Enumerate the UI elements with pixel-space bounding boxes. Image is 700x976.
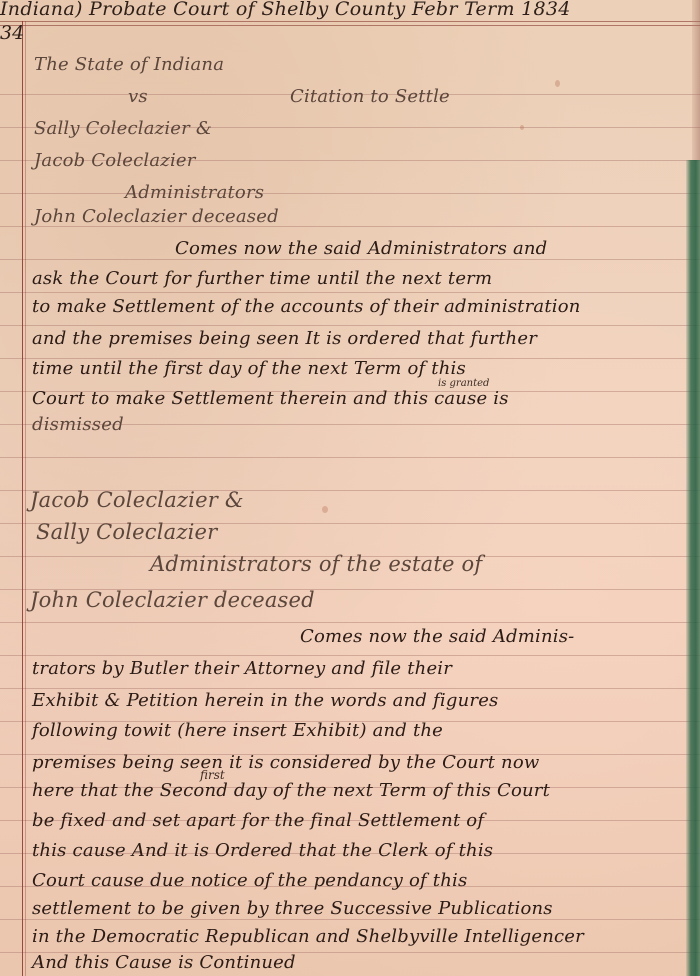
- entry1-body-line-7: dismissed: [32, 414, 124, 435]
- entry2-body-line-10: settlement to be given by three Successi…: [32, 898, 553, 919]
- entry2-body-line-3: Exhibit & Petition herein in the words a…: [32, 690, 498, 711]
- entry1-body-line-2: ask the Court for further time until the…: [32, 268, 492, 289]
- entry1-body-line-5: time until the first day of the next Ter…: [32, 358, 466, 379]
- entry2-body-line-4: following towit (here insert Exhibit) an…: [32, 720, 443, 741]
- left-margin-rule: [22, 21, 23, 976]
- ruled-lines: [0, 62, 700, 976]
- ledger-page: Indiana) Probate Court of Shelby County …: [0, 0, 700, 976]
- entry2-body-line-1: Comes now the said Adminis-: [300, 626, 574, 647]
- entry2-body-line-6: here that the Second day of the next Ter…: [32, 780, 550, 801]
- paper-stain: [520, 125, 524, 130]
- entry1-body-line-4: and the premises being seen It is ordere…: [32, 328, 537, 349]
- entry2-body-line-7: be fixed and set apart for the final Set…: [32, 810, 484, 831]
- entry1-body-line-3: to make Settlement of the accounts of th…: [32, 296, 581, 317]
- entry1-versus: vs: [128, 86, 148, 107]
- entry2-decedent: John Coleclazier deceased: [30, 588, 315, 612]
- ledger-header: Indiana) Probate Court of Shelby County …: [0, 0, 571, 20]
- entry2-role: Administrators of the estate of: [150, 552, 482, 576]
- page-edge-shadow: [692, 0, 700, 160]
- entry1-decedent: John Coleclazier deceased: [34, 206, 279, 227]
- left-margin-rule-shadow: [25, 21, 26, 976]
- paper-stain: [322, 506, 328, 513]
- entry2-body-line-12: And this Cause is Continued: [32, 952, 296, 973]
- entry2-body-line-8: this cause And it is Ordered that the Cl…: [32, 840, 493, 861]
- entry1-body-line-1: Comes now the said Administrators and: [175, 238, 547, 259]
- entry2-body-line-5: premises being seen it is considered by …: [32, 752, 540, 773]
- entry1-defendant-2: Jacob Coleclazier: [34, 150, 196, 171]
- entry1-defendant-1: Sally Coleclazier &: [34, 118, 212, 139]
- entry1-title: Citation to Settle: [290, 86, 450, 107]
- paper-stain: [555, 80, 560, 87]
- header-rule-double: [0, 25, 700, 26]
- header-rule: [0, 21, 700, 22]
- entry1-plaintiff: The State of Indiana: [34, 54, 224, 75]
- entry1-body-line-6: Court to make Settlement therein and thi…: [32, 388, 509, 409]
- green-binding-edge: [686, 160, 700, 976]
- entry2-body-line-2: trators by Butler their Attorney and fil…: [32, 658, 452, 679]
- entry2-petitioner-1: Jacob Coleclazier &: [30, 488, 244, 512]
- entry2-petitioner-2: Sally Coleclazier: [36, 520, 217, 544]
- page-number: 34: [0, 22, 24, 44]
- entry2-body-line-11: in the Democratic Republican and Shelbyv…: [32, 926, 584, 947]
- entry1-role: Administrators: [125, 182, 264, 203]
- entry2-body-line-9: Court cause due notice of the pendancy o…: [32, 870, 467, 891]
